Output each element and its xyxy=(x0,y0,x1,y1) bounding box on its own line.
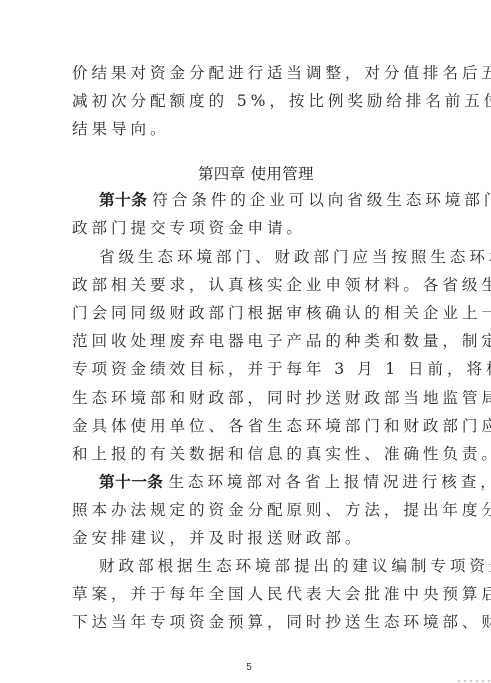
paragraph-line: 和上报的有关数据和信息的真实性、准确性负责。 xyxy=(72,444,424,464)
paragraph-line: 照本办法规定的资金分配原则、方法，提出年度分省专项资 xyxy=(72,500,424,520)
paragraph-line: 生态环境部和财政部，同时抄送财政部当地监管局。专项资 xyxy=(72,388,424,408)
paragraph-line: 金具体使用单位、各省生态环境部门和财政部门应当对提交 xyxy=(72,416,424,436)
article-label: 第十条 xyxy=(99,191,147,209)
article-11-first-line: 第十一条生态环境部对各省上报情况进行核查，并按 xyxy=(99,472,424,492)
article-10-first-line: 第十条符合条件的企业可以向省级生态环境部门、财 xyxy=(99,190,424,210)
article-label: 第十一条 xyxy=(99,473,163,491)
paragraph-first-line: 省级生态环境部门、财政部门应当按照生态环境部、财 xyxy=(99,247,424,267)
paragraph-line: 专项资金绩效目标，并于每年 3 月 1 日前，将相关材料报送 xyxy=(72,359,424,379)
paragraph-line: 金安排建议，并及时报送财政部。 xyxy=(72,528,424,548)
paragraph-line: 结果导向。 xyxy=(72,119,424,139)
paragraph-line: 政部相关要求，认真核实企业申领材料。各省级生态环境部 xyxy=(72,275,424,295)
chapter-heading: 第四章 使用管理 xyxy=(198,164,302,184)
article-text: 符合条件的企业可以向省级生态环境部门、财 xyxy=(152,191,491,209)
paragraph-line: 政部门提交专项资金申请。 xyxy=(72,218,424,238)
paragraph-line: 下达当年专项资金预算，同时抄送生态环境部、财政部各地 xyxy=(72,612,424,632)
paragraph-line: 草案，并于每年全国人民代表大会批准中央预算后 90 日内 xyxy=(72,584,424,604)
scan-artifact xyxy=(456,680,490,682)
paragraph-line: 范回收处理废弃电器电子产品的种类和数量，制定各省当年 xyxy=(72,331,424,351)
paragraph-first-line: 财政部根据生态环境部提出的建议编制专项资金预算 xyxy=(99,556,424,576)
paragraph-line: 价结果对资金分配进行适当调整，对分值排名后五位的省扣 xyxy=(72,63,424,83)
article-text: 生态环境部对各省上报情况进行核查，并按 xyxy=(168,473,491,491)
page-number: 5 xyxy=(244,661,254,675)
paragraph-line: 门会同同级财政部门根据审核确认的相关企业上一年度规 xyxy=(72,303,424,323)
document-page: 价结果对资金分配进行适当调整，对分值排名后五位的省扣 减初次分配额度的 5%，按… xyxy=(0,0,491,683)
paragraph-line: 减初次分配额度的 5%，按比例奖励给排名前五位的省，体现 xyxy=(72,91,424,111)
